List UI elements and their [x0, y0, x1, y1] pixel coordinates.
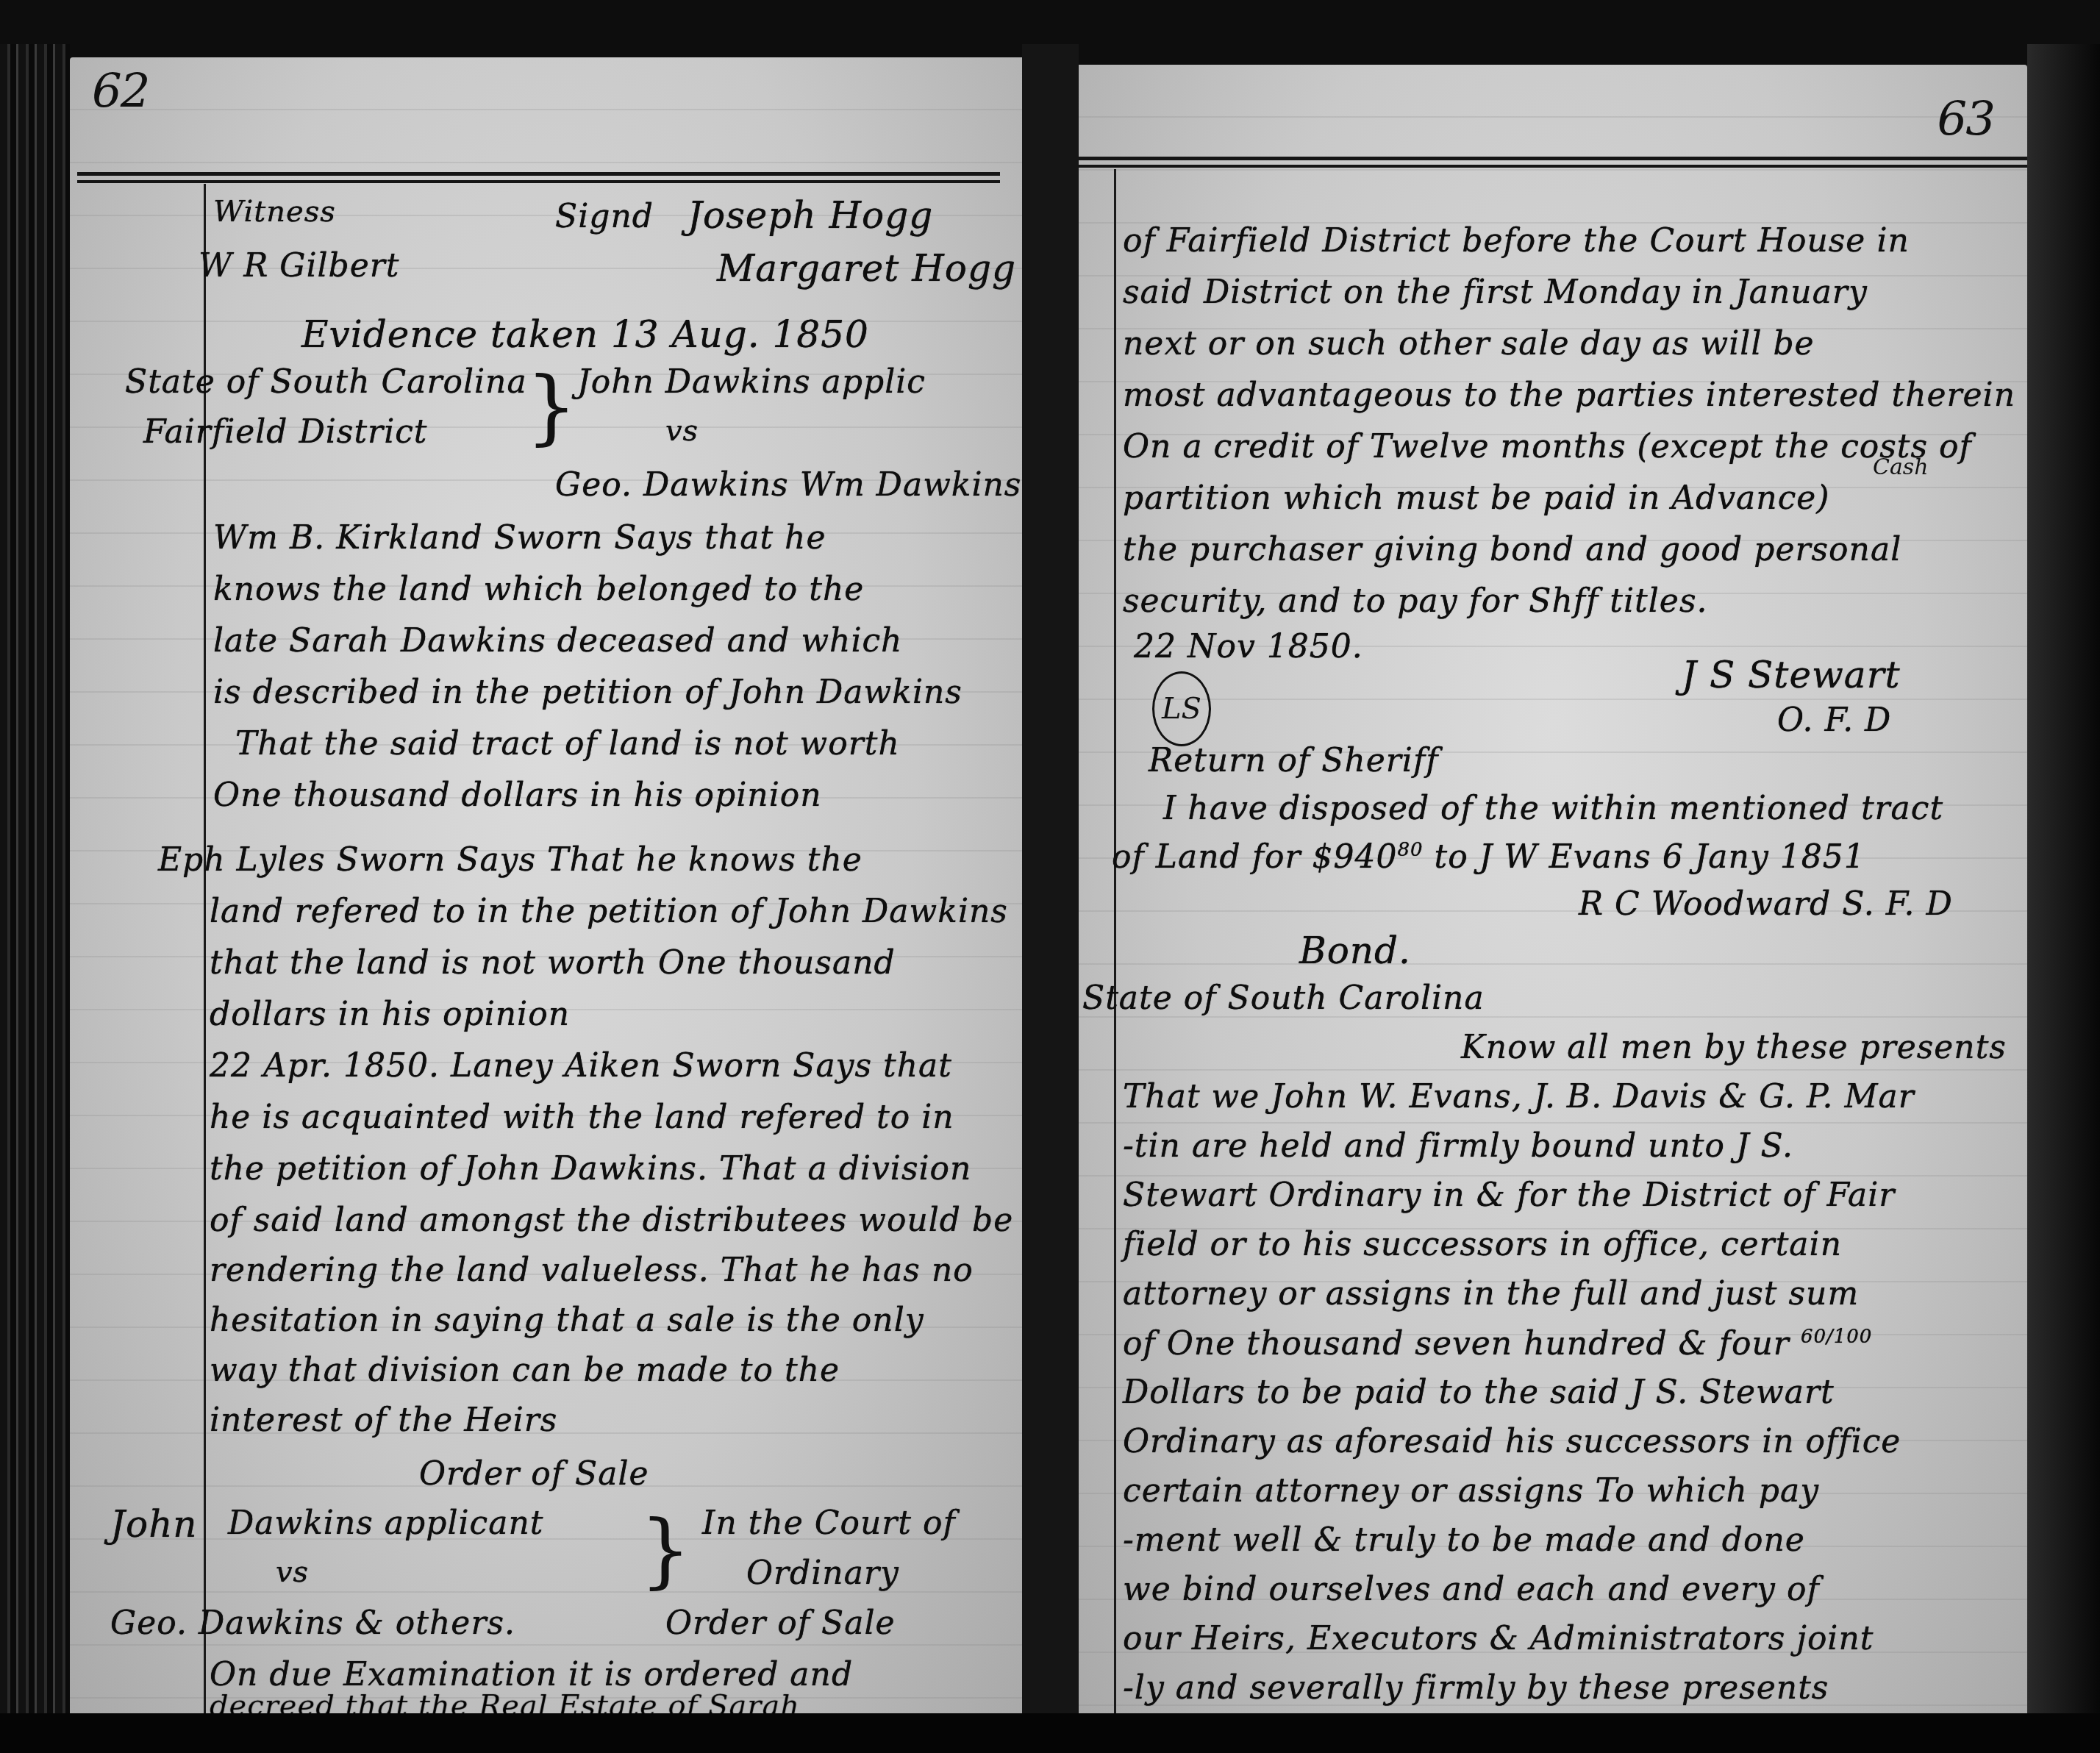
bond-line: Know all men by these presents	[1461, 1032, 2007, 1064]
bond-line: attorney or assigns in the full and just…	[1123, 1278, 1859, 1310]
testimony-line: That the said tract of land is not worth	[235, 728, 900, 760]
order-date: 22 Nov 1850.	[1134, 631, 1363, 663]
legal-seal-icon: LS	[1152, 671, 1211, 746]
order-line: the purchaser giving bond and good perso…	[1123, 534, 1901, 566]
signer-1: Joseph Hogg	[687, 197, 933, 234]
order-line: most advantageous to the parties interes…	[1123, 379, 2015, 412]
testimony-line: 22 Apr. 1850. Laney Aiken Sworn Says tha…	[210, 1050, 952, 1082]
bond-line: we bind ourselves and each and every of	[1123, 1574, 1820, 1606]
header-double-rule	[1079, 157, 2027, 160]
book-right-edge	[2027, 44, 2100, 1753]
order-applicant: Dawkins applicant	[228, 1507, 543, 1540]
header-double-rule	[77, 172, 1000, 176]
case-defendants: Geo. Dawkins Wm Dawkins & oths	[555, 469, 1022, 501]
order-line: of Fairfield District before the Court H…	[1123, 225, 1910, 257]
caret-insertion: Cash	[1873, 454, 1929, 480]
book-binding-edge	[0, 44, 70, 1750]
state-label: State of South Carolina	[125, 366, 527, 399]
order-heading: Order of Sale	[419, 1458, 649, 1490]
page-number: 62	[92, 65, 149, 119]
order-court-line1: In the Court of	[702, 1507, 956, 1540]
testimony-line: Wm B. Kirkland Sworn Says that he	[213, 522, 826, 554]
ordinary-title: O. F. D	[1777, 704, 1891, 737]
order-court-line3: Order of Sale	[665, 1607, 896, 1640]
bond-heading: Bond.	[1299, 932, 1411, 969]
bond-line: our Heirs, Executors & Administrators jo…	[1123, 1623, 1874, 1655]
bond-line: field or to his successors in office, ce…	[1123, 1229, 1842, 1261]
testimony-line: he is acquainted with the land refered t…	[210, 1102, 954, 1134]
testimony-line: interest of the Heirs	[210, 1404, 557, 1437]
bond-line: Dollars to be paid to the said J S. Stew…	[1123, 1377, 1835, 1409]
order-line: next or on such other sale day as will b…	[1123, 328, 1815, 360]
signed-label: Signd	[555, 201, 654, 233]
order-court-line2: Ordinary	[746, 1557, 899, 1590]
order-line: partition which must be paid in Advance)	[1123, 482, 1830, 515]
witness-name: W R Gilbert	[199, 250, 400, 282]
order-line: On a credit of Twelve months (except the…	[1123, 431, 1972, 463]
bond-line: Ordinary as aforesaid his successors in …	[1123, 1426, 1901, 1458]
testimony-line: way that division can be made to the	[210, 1354, 840, 1387]
sale-buyer-date: to J W Evans 6 Jany 1851	[1435, 838, 1865, 876]
return-heading: Return of Sheriff	[1149, 745, 1439, 777]
testimony-line: land refered to in the petition of John …	[210, 896, 1008, 928]
signer-2: Margaret Hogg	[717, 250, 1016, 287]
testimony-line: the petition of John Dawkins. That a div…	[210, 1153, 971, 1185]
bond-amount-cents: 60/100	[1801, 1326, 1872, 1348]
order-line: said District on the first Monday in Jan…	[1123, 276, 1868, 309]
order-bracket: }	[640, 1510, 691, 1590]
testimony-line: One thousand dollars in his opinion	[213, 779, 822, 812]
sheriff-signature: R C Woodward S. F. D	[1579, 888, 1953, 921]
order-vs: vs	[276, 1557, 309, 1587]
testimony-line: dollars in his opinion	[210, 999, 570, 1031]
testimony-line: hesitation in saying that a sale is the …	[210, 1304, 924, 1337]
testimony-line: knows the land which belonged to the	[213, 574, 864, 606]
sale-amount: of Land for $940	[1112, 838, 1397, 876]
bond-amount-words: of One thousand seven hundred & four	[1123, 1325, 1790, 1363]
sale-amount-cents: 80	[1397, 839, 1423, 861]
order-applicant-first: John	[110, 1506, 198, 1543]
caption-bracket: }	[526, 366, 577, 447]
case-applicant: John Dawkins applic	[577, 366, 926, 399]
evidence-heading: Evidence taken 13 Aug. 1850	[301, 316, 869, 353]
ordinary-signature: J S Stewart	[1682, 657, 1901, 693]
margin-rule	[1114, 169, 1116, 1719]
page-number: 63	[1938, 93, 1994, 147]
testimony-line: is described in the petition of John Daw…	[213, 676, 963, 709]
left-page: 62 Witness W R Gilbert Signd Joseph Hogg…	[70, 57, 1022, 1719]
witness-label: Witness	[213, 197, 336, 226]
case-vs: vs	[665, 416, 699, 446]
bond-line: -ment well & truly to be made and done	[1123, 1524, 1805, 1557]
bond-line: -tin are held and firmly bound unto J S.	[1123, 1130, 1793, 1163]
bond-line: -ly and severally firmly by these presen…	[1123, 1672, 1829, 1704]
bond-line: Stewart Ordinary in & for the District o…	[1123, 1179, 1895, 1212]
order-defendants: Geo. Dawkins & others.	[110, 1607, 515, 1640]
bond-line: certain attorney or assigns To which pay	[1123, 1475, 1819, 1507]
testimony-line: that the land is not worth One thousand	[210, 947, 896, 979]
return-line: I have disposed of the within mentioned …	[1163, 793, 1943, 825]
testimony-line: rendering the land valueless. That he ha…	[210, 1254, 974, 1287]
book-gutter	[1022, 44, 1079, 1753]
bond-state: State of South Carolina	[1082, 982, 1485, 1015]
district-label: Fairfield District	[143, 416, 428, 449]
testimony-line: late Sarah Dawkins deceased and which	[213, 625, 902, 657]
testimony-line: of said land amongst the distributees wo…	[210, 1204, 1013, 1237]
return-line: of Land for $94080 to J W Evans 6 Jany 1…	[1112, 840, 1865, 874]
right-page: 63 of Fairfield District before the Cour…	[1079, 65, 2027, 1719]
bond-line: of One thousand seven hundred & four 60/…	[1123, 1327, 1872, 1360]
bottom-shadow	[0, 1713, 2100, 1753]
testimony-line: Eph Lyles Sworn Says That he knows the	[158, 844, 863, 876]
bond-line: That we John W. Evans, J. B. Davis & G. …	[1123, 1081, 1915, 1113]
order-line: security, and to pay for Shff titles.	[1123, 585, 1707, 618]
